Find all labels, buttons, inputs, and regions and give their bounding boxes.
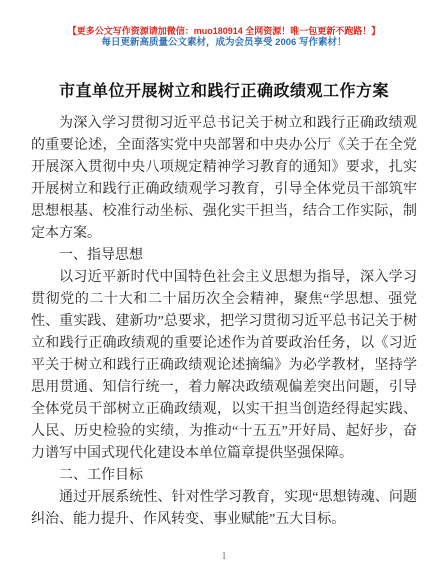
paragraph-guiding-ideology: 以习近平新时代中国特色社会主义思想为指导，深入学习贯彻党的二十大和二十届历次全会… bbox=[31, 267, 417, 465]
section-heading-1: 一、指导思想 bbox=[31, 245, 417, 267]
page-number: 1 bbox=[0, 551, 448, 562]
paragraph-work-goals: 通过开展系统性、针对性学习教育，实现“思想铸魂、问题纠治、能力提升、作风转变、事… bbox=[31, 487, 417, 531]
document-page: 【更多公文写作资源请加微信：muo180914 全网资源！唯一包更新不跑路！】 … bbox=[0, 0, 448, 580]
section-heading-2: 二、工作目标 bbox=[31, 465, 417, 487]
promo-banner-line-2: 每日更新高质量公文素材，成为会员享受 2006 写作素材！ bbox=[0, 37, 448, 49]
paragraph-intro: 为深入学习贯彻习近平总书记关于树立和践行正确政绩观的重要论述，全面落实党中央部署… bbox=[31, 113, 417, 245]
promo-banner-line-1: 【更多公文写作资源请加微信：muo180914 全网资源！唯一包更新不跑路！】 bbox=[0, 25, 448, 37]
document-body: 为深入学习贯彻习近平总书记关于树立和践行正确政绩观的重要论述，全面落实党中央部署… bbox=[31, 113, 417, 531]
document-title: 市直单位开展树立和践行正确政绩观工作方案 bbox=[0, 78, 448, 101]
promo-banner: 【更多公文写作资源请加微信：muo180914 全网资源！唯一包更新不跑路！】 … bbox=[0, 0, 448, 49]
